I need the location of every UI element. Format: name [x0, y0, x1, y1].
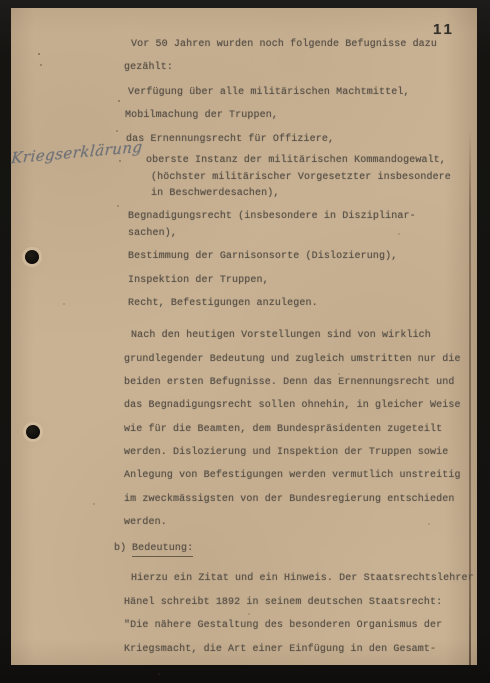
text-line: gezählt:: [124, 62, 173, 74]
text-line: oberste Instanz der militärischen Komman…: [146, 155, 446, 167]
text-line: das Begnadigungsrecht sollen ohnehin, in…: [124, 400, 461, 412]
text-line: in Beschwerdesachen),: [151, 188, 280, 200]
text-line: Bedeutung:: [132, 543, 193, 557]
text-line: werden.: [124, 517, 167, 529]
text-line: Mobilmachung der Truppen,: [125, 110, 278, 122]
text-line: b): [114, 543, 126, 555]
text-line: wie für die Beamten, dem Bundespräsident…: [124, 424, 442, 436]
text-line: im zweckmässigsten von der Bundesregieru…: [124, 494, 455, 506]
text-line: Hänel schreibt 1892 in seinem deutschen …: [124, 597, 442, 609]
text-line: Vor 50 Jahren wurden noch folgende Befug…: [131, 39, 437, 51]
text-line: beiden ersten Befugnisse. Denn das Ernen…: [124, 377, 455, 389]
paper-specks: [38, 53, 40, 55]
text-line: werden. Dislozierung und Inspektion der …: [124, 447, 448, 459]
text-line: Bestimmung der Garnisonsorte (Dislozieru…: [128, 251, 397, 263]
text-line: Kriegsmacht, die Art einer Einfügung in …: [124, 644, 436, 656]
text-line: Verfügung über alle militärischen Machtm…: [128, 87, 410, 99]
text-line: sachen),: [128, 228, 177, 240]
text-line: grundlegender Bedeutung und zugleich ums…: [124, 354, 461, 366]
punch-hole-bottom: [26, 425, 40, 439]
scanned-page-frame: 11 Kriegserklärung Vor 50 Jahren wurden …: [0, 0, 490, 683]
text-line: Recht, Befestigungen anzulegen.: [128, 298, 318, 310]
text-line: Hierzu ein Zitat und ein Hinweis. Der St…: [131, 573, 474, 585]
text-line: (höchster militärischer Vorgesetzter ins…: [151, 172, 451, 184]
text-line: das Ernennungsrecht für Offiziere,: [126, 134, 334, 146]
text-line: Nach den heutigen Vorstellungen sind von…: [131, 330, 431, 342]
page-number: 11: [433, 21, 455, 38]
punch-hole-top: [25, 250, 39, 264]
text-line: Anlegung von Befestigungen werden vermut…: [124, 470, 461, 482]
text-line: Inspektion der Truppen,: [128, 275, 269, 287]
text-line: "Die nähere Gestaltung des besonderen Or…: [124, 620, 442, 632]
text-line: Begnadigungsrecht (insbesondere in Diszi…: [128, 211, 416, 223]
